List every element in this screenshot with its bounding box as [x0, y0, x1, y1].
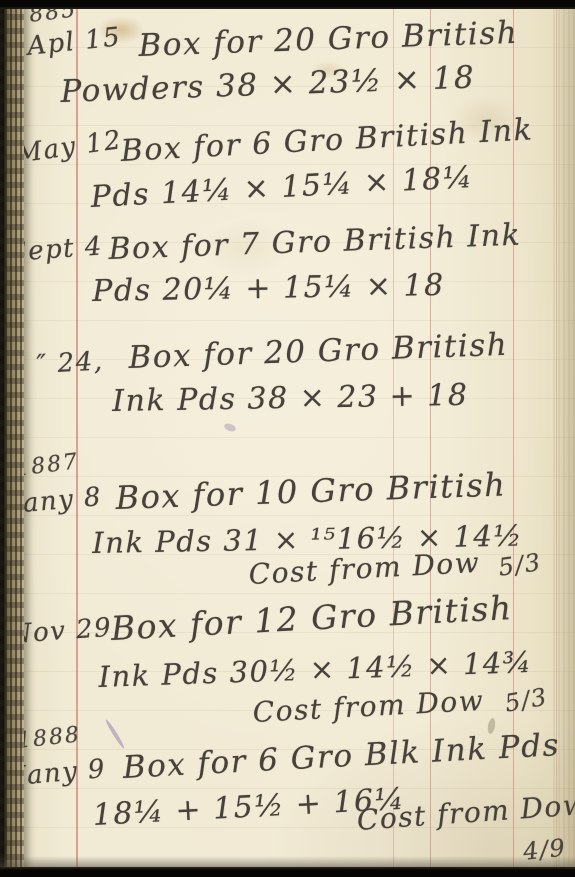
ledger-page-scan: 1885 Apl 15 Box for 20 Gro British Powde…: [0, 0, 575, 877]
entry-date-ditto: ″ 24,: [36, 349, 104, 380]
cost-value: 5/3: [497, 550, 543, 581]
scan-edge-bottom: [0, 867, 575, 877]
scan-edge-top: [0, 0, 575, 9]
entry-dimensions-line: Ink Pds 38 × 23 + 18: [112, 380, 469, 418]
entry-dimensions-line: Pds 20¼ + 15¼ × 18: [92, 270, 445, 308]
book-binding-edge: [0, 0, 24, 877]
